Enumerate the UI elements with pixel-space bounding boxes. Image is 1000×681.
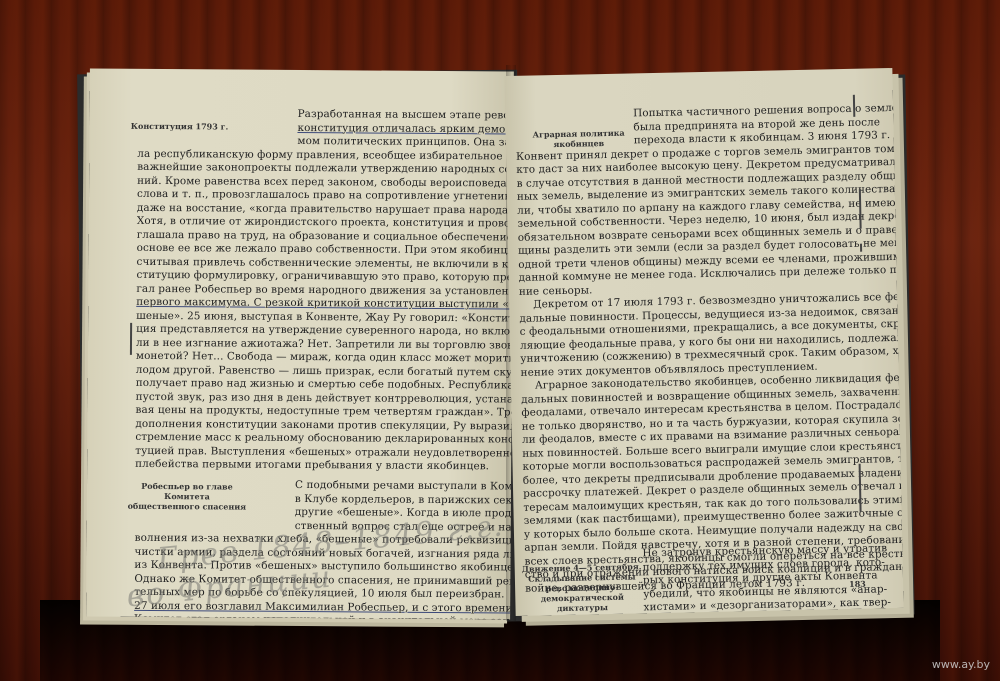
- sidenote-agrarian-policy: Аграрная политика якобинцев: [524, 127, 634, 149]
- text-line: плебейства первыми итогами пребывания у …: [135, 458, 497, 474]
- watermark: www.ay.by: [932, 658, 990, 671]
- text-line: Разработанная на высшем этапе революции,: [298, 108, 500, 123]
- text-line-underlined: конституция отличалась ярким демократиз-: [297, 121, 499, 136]
- left-page: Конституция 1793 г. Разработанная на выс…: [86, 69, 514, 620]
- open-book: Конституция 1793 г. Разработанная на выс…: [0, 0, 1000, 681]
- right-paragraph-1-body: Конвент принял декрет о продаже с торгов…: [516, 143, 857, 595]
- left-paragraph-1-head: Разработанная на высшем этапе революции,…: [297, 108, 499, 150]
- page-number: 183: [849, 579, 866, 589]
- margin-pencil-mark: [860, 244, 862, 252]
- sidenote-september-movement: Движение 4—5 сентября. Складывание систе…: [521, 561, 644, 614]
- right-paragraph-4-head: Не затронув крестьянскую массу и утратив…: [642, 543, 857, 615]
- left-paragraph-1-body: ла республиканскую форму правления, всео…: [135, 147, 499, 474]
- right-paragraph-1-head: Попытка частичного решения вопроса о зем…: [633, 103, 848, 148]
- text-line: в Клубе кордельеров, в парижских секциях: [295, 492, 497, 507]
- sidenote-robespierre: Робеспьер во главе Комитета общественног…: [127, 481, 247, 512]
- text-line: С подобными речами выступали в Коммуне,: [295, 479, 497, 494]
- right-page: Аграрная политика якобинцев Попытка част…: [504, 68, 903, 616]
- margin-pencil-mark: [130, 323, 132, 355]
- sidenote-constitution: Конституция 1793 г.: [119, 121, 239, 132]
- text-line: мом политических принципов. Она закрепля…: [297, 135, 499, 150]
- margin-pencil-mark: [853, 95, 855, 117]
